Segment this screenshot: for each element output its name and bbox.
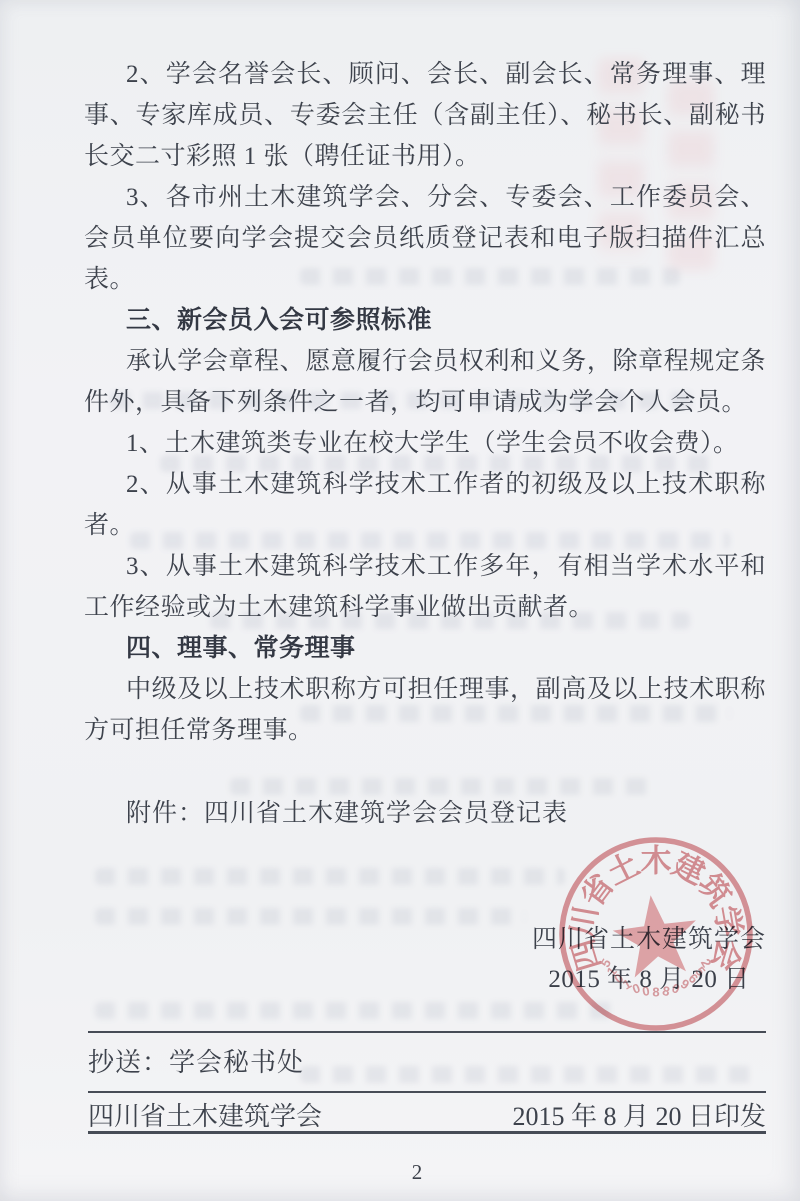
body-line: 者。 — [84, 505, 766, 546]
body-line: 方可担任常务理事。 — [84, 710, 766, 751]
body-line: 长交二寸彩照 1 张（聘任证书用）。 — [84, 136, 766, 177]
signature-date: 2015 年 8 月 20 日 — [532, 960, 766, 1000]
svg-text:建: 建 — [667, 846, 710, 891]
document-body: 2、学会名誉会长、顾问、会长、副会长、常务理事、理 事、专家库成员、专委会主任（… — [84, 54, 766, 751]
body-line: 件外，具备下列条件之一者，均可申请成为学会个人会员。 — [84, 382, 766, 423]
svg-text:省: 省 — [574, 868, 621, 914]
body-line: 事、专家库成员、专委会主任（含副主任）、秘书长、副秘书 — [84, 95, 766, 136]
section-heading: 四、理事、常务理事 — [84, 628, 766, 669]
body-line: 中级及以上技术职称方可担任理事，副高及以上技术职称 — [84, 669, 766, 710]
issuer-name: 四川省土木建筑学会 — [88, 1096, 322, 1133]
body-line: 工作经验或为土木建筑科学事业做出贡献者。 — [84, 587, 766, 628]
page-number: 2 — [34, 1160, 800, 1185]
footer-rule-bottom — [88, 1131, 766, 1134]
bleedthrough-smudge — [95, 908, 525, 925]
svg-text:木: 木 — [641, 844, 672, 879]
signature-block: 四川省土木建筑学会 2015 年 8 月 20 日 — [532, 920, 766, 1000]
body-line: 3、从事土木建筑科学技术工作多年，有相当学术水平和 — [84, 546, 766, 587]
svg-text:土: 土 — [601, 846, 644, 891]
bleedthrough-smudge — [95, 1002, 615, 1019]
footer-rule-middle — [88, 1091, 766, 1093]
svg-text:筑: 筑 — [691, 868, 738, 914]
signature-organization: 四川省土木建筑学会 — [532, 920, 766, 960]
body-line: 会员单位要向学会提交会员纸质登记表和电子版扫描件汇总 — [84, 218, 766, 259]
body-line: 2、学会名誉会长、顾问、会长、副会长、常务理事、理 — [84, 54, 766, 95]
cc-line: 抄送：学会秘书处 — [88, 1042, 304, 1079]
bleedthrough-smudge — [95, 868, 565, 885]
body-line: 1、土木建筑类专业在校大学生（学生会员不收会费）。 — [84, 423, 766, 464]
footer-rule-top — [88, 1031, 766, 1033]
body-line: 表。 — [84, 259, 766, 300]
body-line: 2、从事土木建筑科学技术工作者的初级及以上技术职称 — [84, 464, 766, 505]
bleedthrough-smudge — [300, 1066, 760, 1083]
attachment-line: 附件：四川省土木建筑学会会员登记表 — [126, 793, 568, 834]
body-line: 3、各市州土木建筑学会、分会、专委会、工作委员会、 — [84, 177, 766, 218]
issuer-row: 四川省土木建筑学会 2015 年 8 月 20 日印发 — [88, 1096, 766, 1133]
body-line: 承认学会章程、愿意履行会员权利和义务，除章程规定条 — [84, 341, 766, 382]
section-heading: 三、新会员入会可参照标准 — [84, 300, 766, 341]
issue-date: 2015 年 8 月 20 日印发 — [512, 1096, 766, 1133]
scanned-document-page: { "document": { "paragraphs": [ { "id": … — [0, 0, 800, 1201]
